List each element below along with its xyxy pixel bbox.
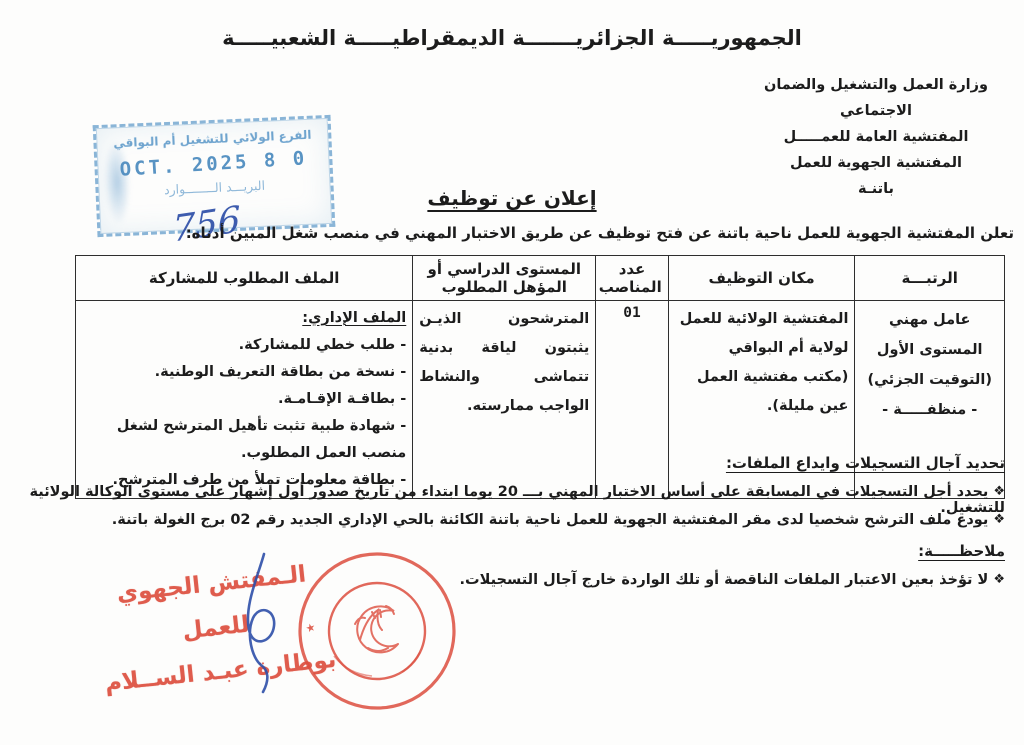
rank-job: - منظفـــــة - [861,395,998,425]
seal-inner-ring-marks [334,652,420,676]
header-rank: الرتبـــة [855,256,1005,301]
announcement-intro: تعلن المفتشية الجهوية للعمل ناحية باتنة … [150,224,1014,242]
diamond-bullet-icon: ❖ [993,572,1005,587]
seal-emblem [355,606,398,652]
ministry-line: وزارة العمل والتشغيل والضمان الاجتماعي [736,72,1016,124]
file-item: - نسخة من بطاقة التعريف الوطنية. [82,359,406,386]
official-round-seal: ★ وزارة العمل و التشغيل و الضمان الاجتما… [282,536,472,726]
cell-required-file: الملف الإداري: - طلب خطي للمشاركة. - نسخ… [76,301,413,499]
cell-qualification: المترشحون الذيـن يثبتون لياقة بدنية تتما… [413,301,596,499]
file-item: - شهادة طبية تثبت تأهيل المترشح لشغل منص… [82,413,406,467]
diamond-bullet-icon: ❖ [993,512,1005,527]
location-line1: المفتشية الولائية للعمل لولاية أم البواق… [675,305,849,363]
header-positions: عدد المناصب [596,256,668,301]
deadline-item-text: يودع ملف الترشح شخصيا لدى مقر المفتشية ا… [112,512,989,528]
city-line: باتنـة [736,176,1016,202]
header-qualification: المستوى الدراسي أو المؤهل المطلوب [413,256,596,301]
deadlines-heading: تحديد آجال التسجيلات وايداع الملفات: [726,454,1005,472]
note-item-text: لا تؤخذ بعين الاعتبار الملفات الناقصة أو… [460,572,989,588]
note-item: ❖لا تؤخذ بعين الاعتبار الملفات الناقصة أ… [380,572,1005,588]
cell-positions-count: 01 [596,301,668,499]
file-item: - طلب خطي للمشاركة. [82,332,406,359]
header-location: مكان التوظيف [668,256,855,301]
header-file: الملف المطلوب للمشاركة [76,256,413,301]
republic-title: الجمهوريـــــة الجزائريـــــــة الديمقرا… [200,26,824,50]
handwritten-signature [218,548,308,698]
rank-schedule: (التوقيت الجزئي) [861,365,998,395]
ink-blot [102,139,132,226]
registry-date-stamp: الفرع الولائي للتشغيل أم البواقي 0 8 OCT… [93,115,336,237]
rank-title: عامل مهني المستوى الأول [861,305,998,365]
announcement-title: إعلان عن توظيف [380,186,644,210]
deadline-item: ❖يودع ملف الترشح شخصيا لدى مقر المفتشية … [20,512,1005,528]
location-line2: (مكتب مفتشية العمل عين مليلة). [675,363,849,421]
issuer-block: وزارة العمل والتشغيل والضمان الاجتماعي ا… [736,72,1016,202]
note-heading: ملاحظـــــة: [918,542,1005,560]
file-heading: الملف الإداري: [82,305,406,332]
file-item: - بطاقـة الإقـامـة. [82,386,406,413]
job-table-header-row: الرتبـــة مكان التوظيف عدد المناصب المست… [76,256,1005,301]
general-inspectorate-line: المفتشية العامة للعمـــــل [736,124,1016,150]
regional-inspectorate-line: المفتشية الجهوية للعمل [736,150,1016,176]
diamond-bullet-icon: ❖ [993,484,1005,499]
document-page: الجمهوريـــــة الجزائريـــــــة الديمقرا… [0,0,1024,745]
